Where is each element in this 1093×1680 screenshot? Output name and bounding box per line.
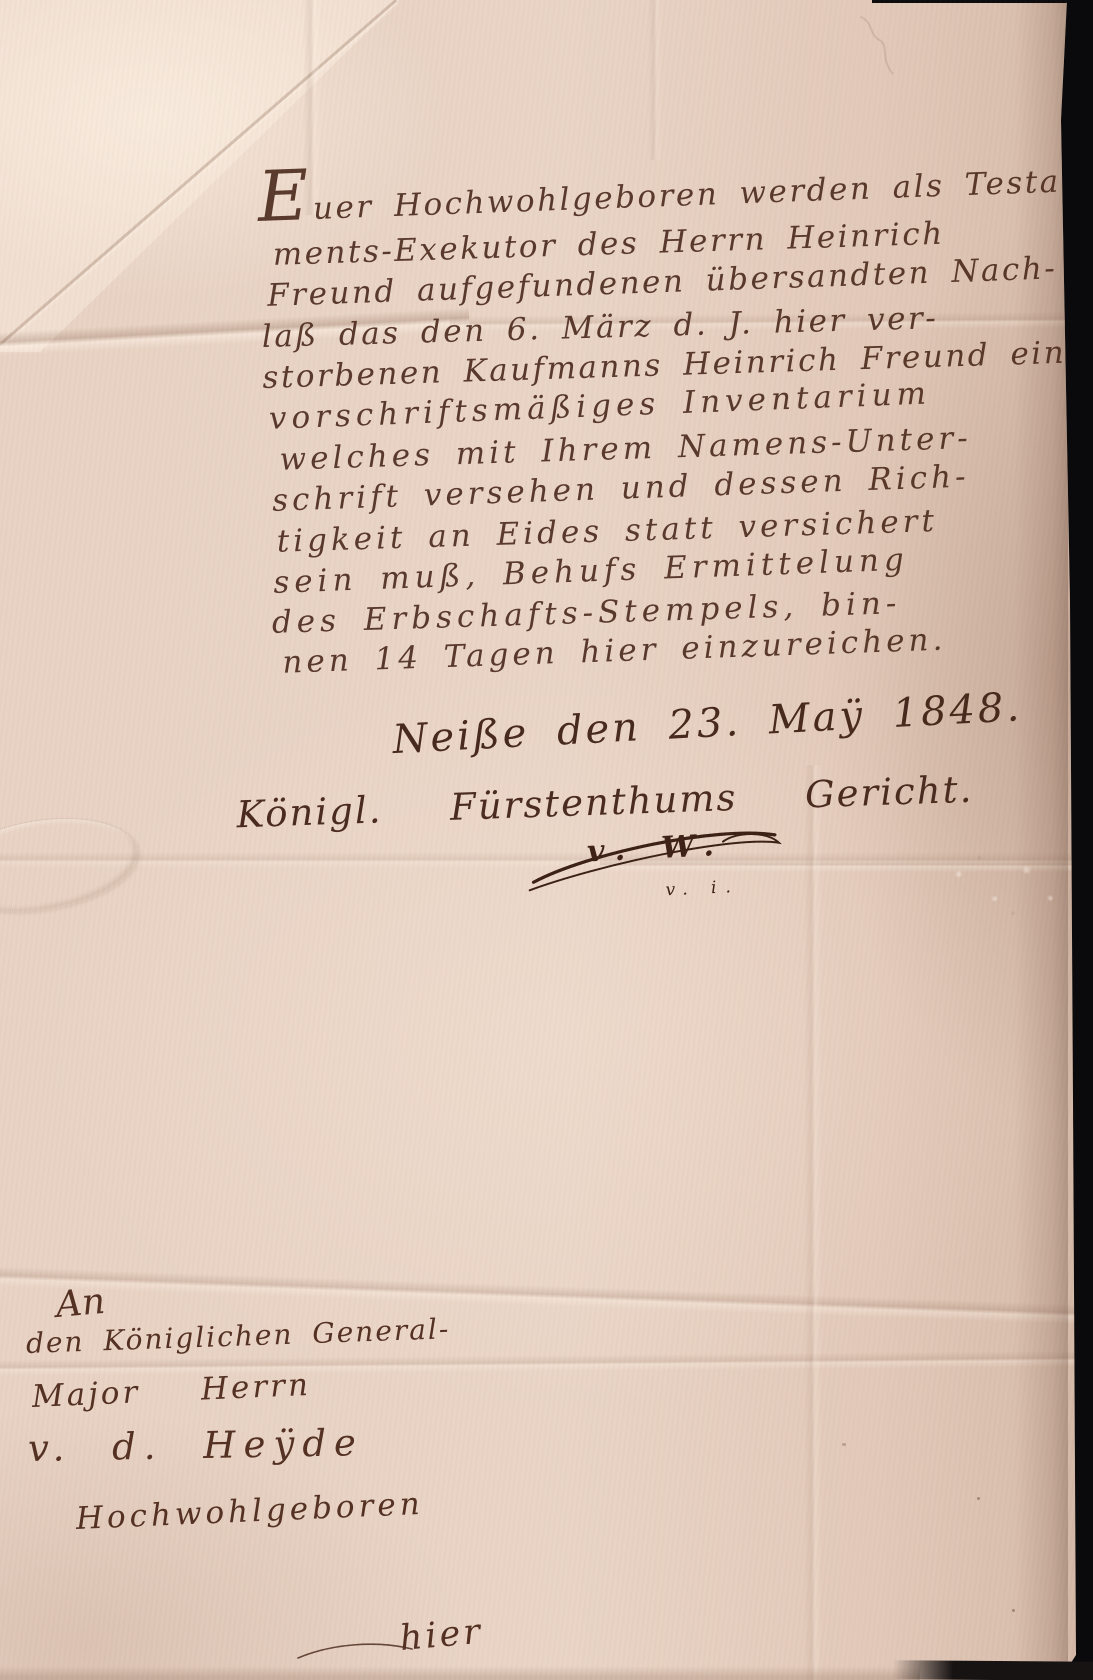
- body-line: Euer Hochwohlgeboren werden als Testa-: [258, 166, 1075, 227]
- fold-crease-v-top1: [303, 0, 321, 215]
- body-line: tigkeit an Eides statt versichert: [276, 506, 938, 558]
- fold-crease-v-right: [804, 765, 822, 1680]
- letter-body: Euer Hochwohlgeboren werden als Testa- m…: [0, 0, 1093, 1680]
- issuer-line: Königl. Fürstenthums Gericht.: [236, 771, 974, 834]
- body-line: ments-Exekutor des Herrn Heinrich: [272, 219, 945, 271]
- paper-right-edge-shading: [1014, 0, 1068, 1680]
- paper-bottom-edge-shading: [0, 1666, 920, 1680]
- body-line: Freund aufgefundenen übersandten Nach-: [267, 253, 1058, 312]
- issuer-word-koenigl: Königl.: [236, 791, 383, 833]
- embossed-seal-right: [925, 837, 1081, 935]
- address-line: v. d. Heÿde: [28, 1424, 364, 1467]
- body-line: nen 14 Tagen hier einzureichen.: [282, 625, 947, 679]
- signature-flourish-icon: [527, 821, 798, 895]
- dateline: Neiße den 23. Maÿ 1848.: [392, 687, 1024, 760]
- fold-crease-h4: [0, 1350, 1093, 1376]
- fold-crease-h2: [0, 852, 1093, 868]
- letter-sheet: Euer Hochwohlgeboren werden als Testa- m…: [0, 0, 1093, 1680]
- body-line: schrift versehen und dessen Rich-: [272, 462, 970, 517]
- issuer-word-gericht: Gericht.: [804, 771, 973, 814]
- fold-crease-h3: [0, 1266, 1093, 1326]
- address-place: hier: [398, 1615, 484, 1657]
- fold-crease-v-top2: [648, 0, 662, 160]
- background-top-edge: [872, 0, 1068, 3]
- ink-speck: [842, 1443, 846, 1446]
- pencil-mark-icon: [850, 8, 904, 85]
- body-line: storbenen Kaufmanns Heinrich Freund ein: [262, 338, 1067, 394]
- body-line: welches mit Ihrem Namens-Unter-: [279, 423, 972, 476]
- embossed-seal-left: [0, 805, 145, 925]
- fold-crease-diagonal-top-left: [0, 0, 397, 346]
- swash-stroke-icon: [296, 1636, 416, 1664]
- signature-annotation: v. i.: [665, 879, 740, 900]
- ink-speck: [1012, 1609, 1015, 1612]
- ink-speck: [977, 1497, 980, 1500]
- letter-photograph: Euer Hochwohlgeboren werden als Testa- m…: [0, 0, 1093, 1680]
- address-block: An den Königlichen General- Major Herrn …: [0, 0, 1093, 1680]
- fold-crease-h1-left: [0, 307, 470, 356]
- fold-flap-top-left: [0, 0, 430, 360]
- address-heading: An: [54, 1284, 106, 1324]
- issuer-word-fuerstenthums: Fürstenthums: [449, 779, 737, 826]
- signature-monogram: v. W.: [586, 831, 727, 868]
- body-line: sein muß, Behufs Ermittelung: [273, 545, 909, 599]
- body-line: vorschriftsmäßiges Inventarium: [268, 378, 931, 434]
- address-line: den Königlichen General-: [26, 1315, 451, 1358]
- body-line: des Erbschafts-Stempels, bin-: [271, 588, 901, 639]
- address-honorific: Hochwohlgeboren: [75, 1489, 424, 1535]
- background-bottom-right-edge: [893, 1660, 1093, 1680]
- body-line: laß das den 6. März d. J. hier ver-: [261, 303, 938, 353]
- fold-crease-h2b: [600, 858, 1093, 872]
- fold-crease-h1-right: [450, 312, 1093, 332]
- address-line: Major Herrn: [31, 1370, 311, 1413]
